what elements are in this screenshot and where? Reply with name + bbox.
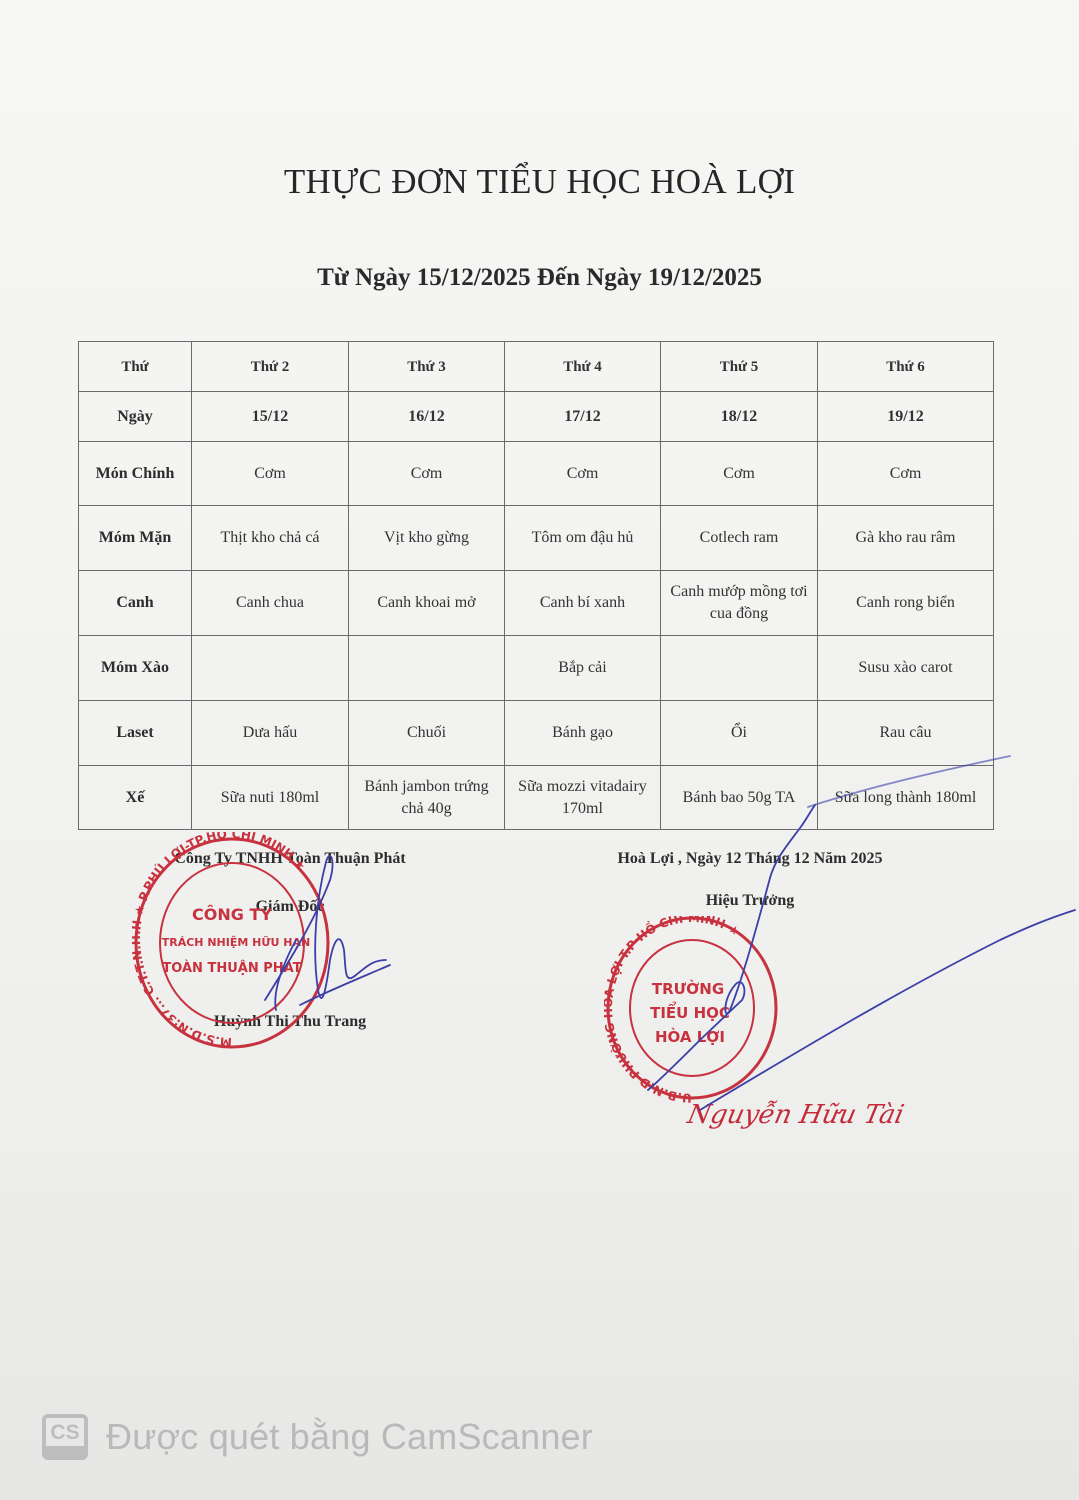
table-row: LasetDưa hấuChuốiBánh gạoỔiRau câu: [79, 701, 994, 766]
svg-text:TIỂU HỌC: TIỂU HỌC: [650, 1000, 730, 1022]
menu-cell: Dưa hấu: [192, 701, 349, 766]
stamp-line-2: TRÁCH NHIỆM HỮU HẠN: [162, 936, 310, 949]
menu-cell: Cơm: [192, 442, 349, 506]
menu-cell: Vịt kho gừng: [349, 506, 505, 571]
svg-text:HÒA LỢI: HÒA LỢI: [655, 1027, 725, 1046]
menu-cell: Cotlech ram: [661, 506, 818, 571]
menu-cell: 19/12: [818, 392, 994, 442]
svg-text:TRƯỜNG: TRƯỜNG: [652, 979, 724, 998]
row-label: Ngày: [79, 392, 192, 442]
stamp-line-3: TOÀN THUẬN PHÁT: [162, 960, 301, 976]
row-label: Canh: [79, 571, 192, 636]
menu-cell: Bắp cải: [505, 636, 661, 701]
menu-cell: Susu xào carot: [818, 636, 994, 701]
table-row: XếSữa nuti 180mlBánh jambon trứng chả 40…: [79, 766, 994, 830]
menu-cell: Cơm: [349, 442, 505, 506]
menu-cell: Canh bí xanh: [505, 571, 661, 636]
menu-cell: Sữa mozzi vitadairy 170ml: [505, 766, 661, 830]
menu-cell: Thịt kho chả cá: [192, 506, 349, 571]
camscanner-logo-icon: CS: [42, 1414, 88, 1460]
director-role: Giám Đốc: [120, 898, 460, 916]
table-row: CanhCanh chuaCanh khoai mởCanh bí xanhCa…: [79, 571, 994, 636]
menu-cell: Cơm: [505, 442, 661, 506]
row-label: Thứ: [79, 342, 192, 392]
principal-name-cursive: Nguyễn Hữu Tài: [685, 1100, 907, 1130]
school-stamp: U.B.N.D PHƯỜNG HÒA LỢI T.P HỒ CHÍ MINH ★…: [604, 916, 780, 1106]
menu-cell: Cơm: [661, 442, 818, 506]
menu-cell: Thứ 4: [505, 342, 661, 392]
menu-cell: Sữa nuti 180ml: [192, 766, 349, 830]
camscanner-watermark: CS Được quét bằng CamScanner: [42, 1414, 593, 1460]
menu-cell: Chuối: [349, 701, 505, 766]
menu-cell: Thứ 2: [192, 342, 349, 392]
menu-table: ThứThứ 2Thứ 3Thứ 4Thứ 5Thứ 6Ngày15/1216/…: [78, 341, 994, 830]
menu-cell: Canh mướp mồng tơi cua đồng: [661, 571, 818, 636]
date-row: Ngày15/1216/1217/1218/1219/12: [79, 392, 994, 442]
menu-cell: 17/12: [505, 392, 661, 442]
watermark-text: Được quét bằng CamScanner: [106, 1416, 593, 1458]
table-row: Món ChínhCơmCơmCơmCơmCơm: [79, 442, 994, 506]
menu-cell: Bánh bao 50g TA: [661, 766, 818, 830]
menu-cell: Canh rong biển: [818, 571, 994, 636]
menu-cell: Canh chua: [192, 571, 349, 636]
place-date: Hoà Lợi , Ngày 12 Tháng 12 Năm 2025: [580, 850, 920, 868]
menu-cell: Ổi: [661, 701, 818, 766]
row-label: Móm Xào: [79, 636, 192, 701]
table-row: Móm XàoBắp cảiSusu xào carot: [79, 636, 994, 701]
menu-cell: 16/12: [349, 392, 505, 442]
svg-text:U.B.N.D PHƯỜNG HÒA LỢI T.P HỒ: U.B.N.D PHƯỜNG HÒA LỢI T.P HỒ CHÍ MINH ★: [604, 916, 742, 1105]
menu-cell: [661, 636, 818, 701]
director-name: Huỳnh Thị Thu Trang: [120, 1013, 460, 1031]
menu-cell: Bánh gạo: [505, 701, 661, 766]
menu-cell: Tôm om đậu hủ: [505, 506, 661, 571]
row-label: Laset: [79, 701, 192, 766]
menu-cell: Canh khoai mở: [349, 571, 505, 636]
row-label: Móm Mặn: [79, 506, 192, 571]
menu-cell: Bánh jambon trứng chả 40g: [349, 766, 505, 830]
menu-cell: 18/12: [661, 392, 818, 442]
principal-role: Hiệu Trưởng: [580, 892, 920, 910]
menu-cell: Thứ 3: [349, 342, 505, 392]
menu-cell: Thứ 5: [661, 342, 818, 392]
document-title: THỰC ĐƠN TIỂU HỌC HOÀ LỢI: [0, 162, 1079, 202]
day-header-row: ThứThứ 2Thứ 3Thứ 4Thứ 5Thứ 6: [79, 342, 994, 392]
menu-cell: Sữa long thành 180ml: [818, 766, 994, 830]
menu-cell: [192, 636, 349, 701]
menu-cell: Cơm: [818, 442, 994, 506]
menu-cell: 15/12: [192, 392, 349, 442]
menu-cell: [349, 636, 505, 701]
table-row: Móm MặnThịt kho chả cáVịt kho gừngTôm om…: [79, 506, 994, 571]
row-label: Xế: [79, 766, 192, 830]
date-range-subtitle: Từ Ngày 15/12/2025 Đến Ngày 19/12/2025: [0, 264, 1079, 292]
menu-cell: Thứ 6: [818, 342, 994, 392]
row-label: Món Chính: [79, 442, 192, 506]
menu-cell: Rau câu: [818, 701, 994, 766]
company-name: Công Ty TNHH Toàn Thuận Phát: [120, 850, 460, 868]
menu-cell: Gà kho rau râm: [818, 506, 994, 571]
